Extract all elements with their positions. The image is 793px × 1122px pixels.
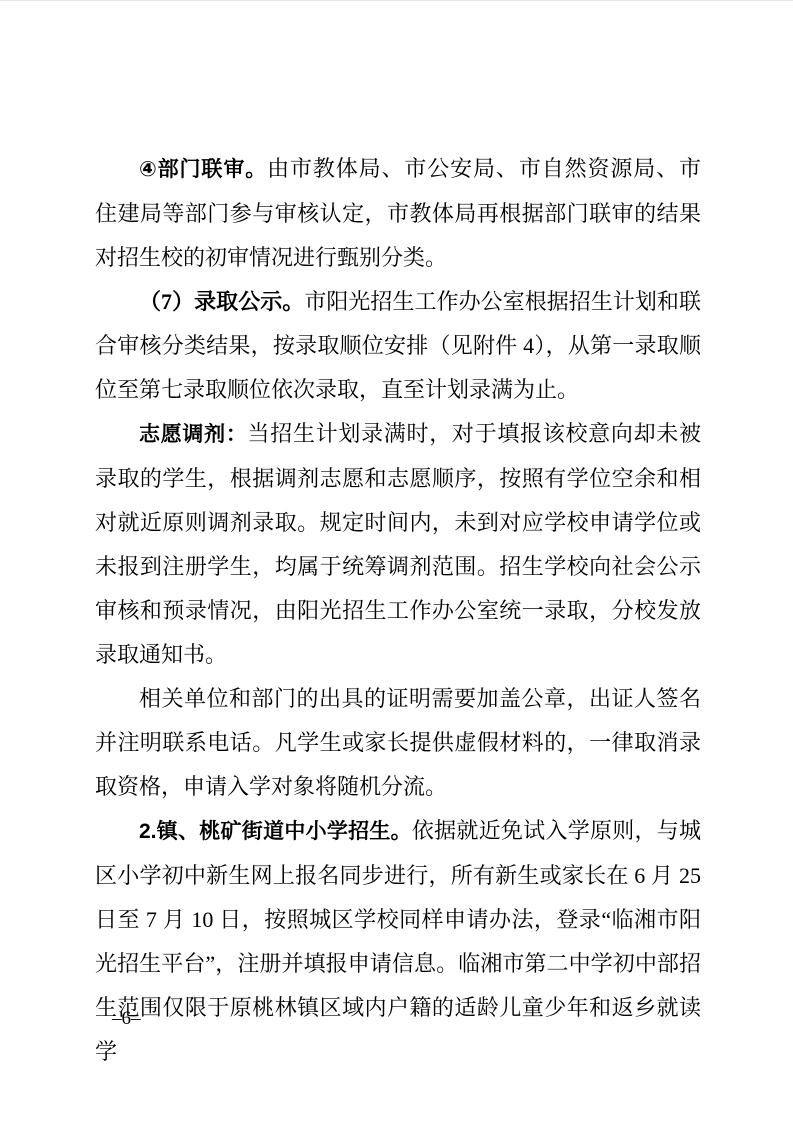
paragraph-text: 当招生计划录满时，对于填报该校意向却未被录取的学生，根据调剂志愿和志愿顺序，按照… (95, 421, 701, 667)
page-number: –6– (112, 1007, 141, 1031)
paragraph-department-joint-review: ④部门联审。由市教体局、市公安局、市自然资源局、市住建局等部门参与审核认定，市教… (95, 147, 701, 280)
paragraph-lead: 志愿调剂： (139, 423, 248, 446)
paragraph-admission-publicity: （7）录取公示。市阳光招生工作办公室根据招生计划和联合审核分类结果，按录取顺位安… (95, 280, 701, 412)
paragraph-volunteer-adjustment: 志愿调剂：当招生计划录满时，对于填报该校意向却未被录取的学生，根据调剂志愿和志愿… (95, 412, 701, 677)
paragraph-certificate-requirements: 相关单位和部门的出具的证明需要加盖公章，出证人签名并注明联系电话。凡学生或家长提… (95, 677, 701, 809)
document-body: ④部门联审。由市教体局、市公安局、市自然资源局、市住建局等部门参与审核认定，市教… (95, 147, 701, 1074)
paragraph-town-enrollment: 2.镇、桃矿街道中小学招生。依据就近免试入学原则，与城区小学初中新生网上报名同步… (95, 809, 701, 1074)
paragraph-lead: （7）录取公示。 (139, 289, 304, 314)
paragraph-lead: ④部门联审。 (139, 158, 267, 181)
document-page: ④部门联审。由市教体局、市公安局、市自然资源局、市住建局等部门参与审核认定，市教… (0, 0, 793, 1122)
paragraph-text: 依据就近免试入学原则，与城区小学初中新生网上报名同步进行，所有新生或家长在 6 … (95, 818, 701, 1064)
paragraph-lead: 2.镇、桃矿街道中小学招生。 (139, 820, 412, 843)
paragraph-text: 相关单位和部门的出具的证明需要加盖公章，出证人签名并注明联系电话。凡学生或家长提… (95, 686, 701, 799)
